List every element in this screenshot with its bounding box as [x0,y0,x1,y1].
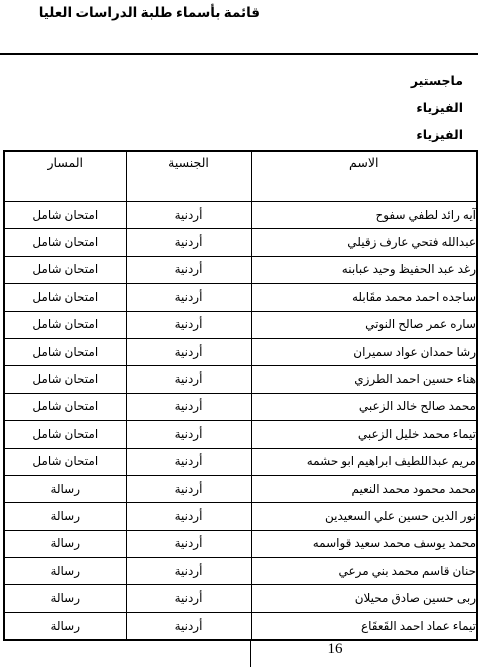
student-nationality: أردنية [126,421,251,448]
student-name: رغد عبد الحفيظ وحيد عبابنه [251,256,477,283]
table-row: آيه رائد لطفي سفوح أردنية امتحان شامل [4,202,477,229]
student-name: محمد صالح خالد الزعبي [251,393,477,420]
table-row: محمد صالح خالد الزعبي أردنية امتحان شامل [4,393,477,420]
student-nationality: أردنية [126,284,251,311]
student-name: تيماء محمد خليل الزعبي [251,421,477,448]
student-track: رسالة [4,585,126,612]
student-name: نور الدين حسين علي السعيدين [251,503,477,530]
student-track: رسالة [4,503,126,530]
student-name: آيه رائد لطفي سفوح [251,202,477,229]
table-row: هناء حسين احمد الطرزي أردنية امتحان شامل [4,366,477,393]
table-row: محمد محمود محمد النعيم أردنية رسالة [4,475,477,502]
program-label: الفيزياء [411,122,463,149]
table-row: مريم عبداللطيف ابراهيم ابو حشمه أردنية ا… [4,448,477,475]
student-nationality: أردنية [126,202,251,229]
student-track: رسالة [4,530,126,557]
student-nationality: أردنية [126,530,251,557]
student-name: محمد محمود محمد النعيم [251,475,477,502]
table-row: ساره عمر صالح النوتي أردنية امتحان شامل [4,311,477,338]
student-track: امتحان شامل [4,284,126,311]
student-name: تيماء عماد احمد القَعقَاع [251,612,477,640]
student-name: عبدالله فتحي عارف زقيلي [251,229,477,256]
student-name: مريم عبداللطيف ابراهيم ابو حشمه [251,448,477,475]
student-name: رشا حمدان عواد سميران [251,338,477,365]
student-track: امتحان شامل [4,256,126,283]
student-name: ساجده احمد محمد مقَابله [251,284,477,311]
student-nationality: أردنية [126,366,251,393]
student-name: ربى حسين صادق محيلان [251,585,477,612]
table-row: رشا حمدان عواد سميران أردنية امتحان شامل [4,338,477,365]
student-nationality: أردنية [126,338,251,365]
student-nationality: أردنية [126,311,251,338]
table-row: ربى حسين صادق محيلان أردنية رسالة [4,585,477,612]
student-track: رسالة [4,612,126,640]
student-nationality: أردنية [126,558,251,585]
student-nationality: أردنية [126,448,251,475]
student-track: امتحان شامل [4,311,126,338]
table-row: تيماء عماد احمد القَعقَاع أردنية رسالة [4,612,477,640]
table-row: عبدالله فتحي عارف زقيلي أردنية امتحان شا… [4,229,477,256]
student-track: امتحان شامل [4,338,126,365]
student-track: امتحان شامل [4,448,126,475]
column-header-nationality: الجنسية [126,151,251,202]
student-name: حنان قاسم محمد بني مرعي [251,558,477,585]
table-row: محمد يوسف محمد سعيد قواسمه أردنية رسالة [4,530,477,557]
student-nationality: أردنية [126,393,251,420]
student-track: امتحان شامل [4,229,126,256]
table-row: ساجده احمد محمد مقَابله أردنية امتحان شا… [4,284,477,311]
program-header: ماجستير الفيزياء الفيزياء [411,68,463,149]
student-nationality: أردنية [126,612,251,640]
student-track: رسالة [4,558,126,585]
student-track: امتحان شامل [4,366,126,393]
student-name: هناء حسين احمد الطرزي [251,366,477,393]
student-name: ساره عمر صالح النوتي [251,311,477,338]
student-name: محمد يوسف محمد سعيد قواسمه [251,530,477,557]
student-track: رسالة [4,475,126,502]
student-nationality: أردنية [126,585,251,612]
page-title: قائمة بأسماء طلبة الدراسات العليا [40,5,260,21]
page-number: 16 [251,641,419,658]
student-track: امتحان شامل [4,421,126,448]
student-nationality: أردنية [126,475,251,502]
horizontal-rule [0,53,478,55]
student-track: امتحان شامل [4,202,126,229]
table-row: رغد عبد الحفيظ وحيد عبابنه أردنية امتحان… [4,256,477,283]
table-row: تيماء محمد خليل الزعبي أردنية امتحان شام… [4,421,477,448]
student-nationality: أردنية [126,503,251,530]
students-table: الاسم الجنسية المسار آيه رائد لطفي سفوح … [3,150,478,641]
student-nationality: أردنية [126,229,251,256]
department-label: الفيزياء [411,95,463,122]
student-track: امتحان شامل [4,393,126,420]
student-nationality: أردنية [126,256,251,283]
degree-label: ماجستير [411,68,463,95]
table-header-row: الاسم الجنسية المسار [4,151,477,202]
table-row: نور الدين حسين علي السعيدين أردنية رسالة [4,503,477,530]
column-header-name: الاسم [251,151,477,202]
table-row: حنان قاسم محمد بني مرعي أردنية رسالة [4,558,477,585]
column-header-track: المسار [4,151,126,202]
